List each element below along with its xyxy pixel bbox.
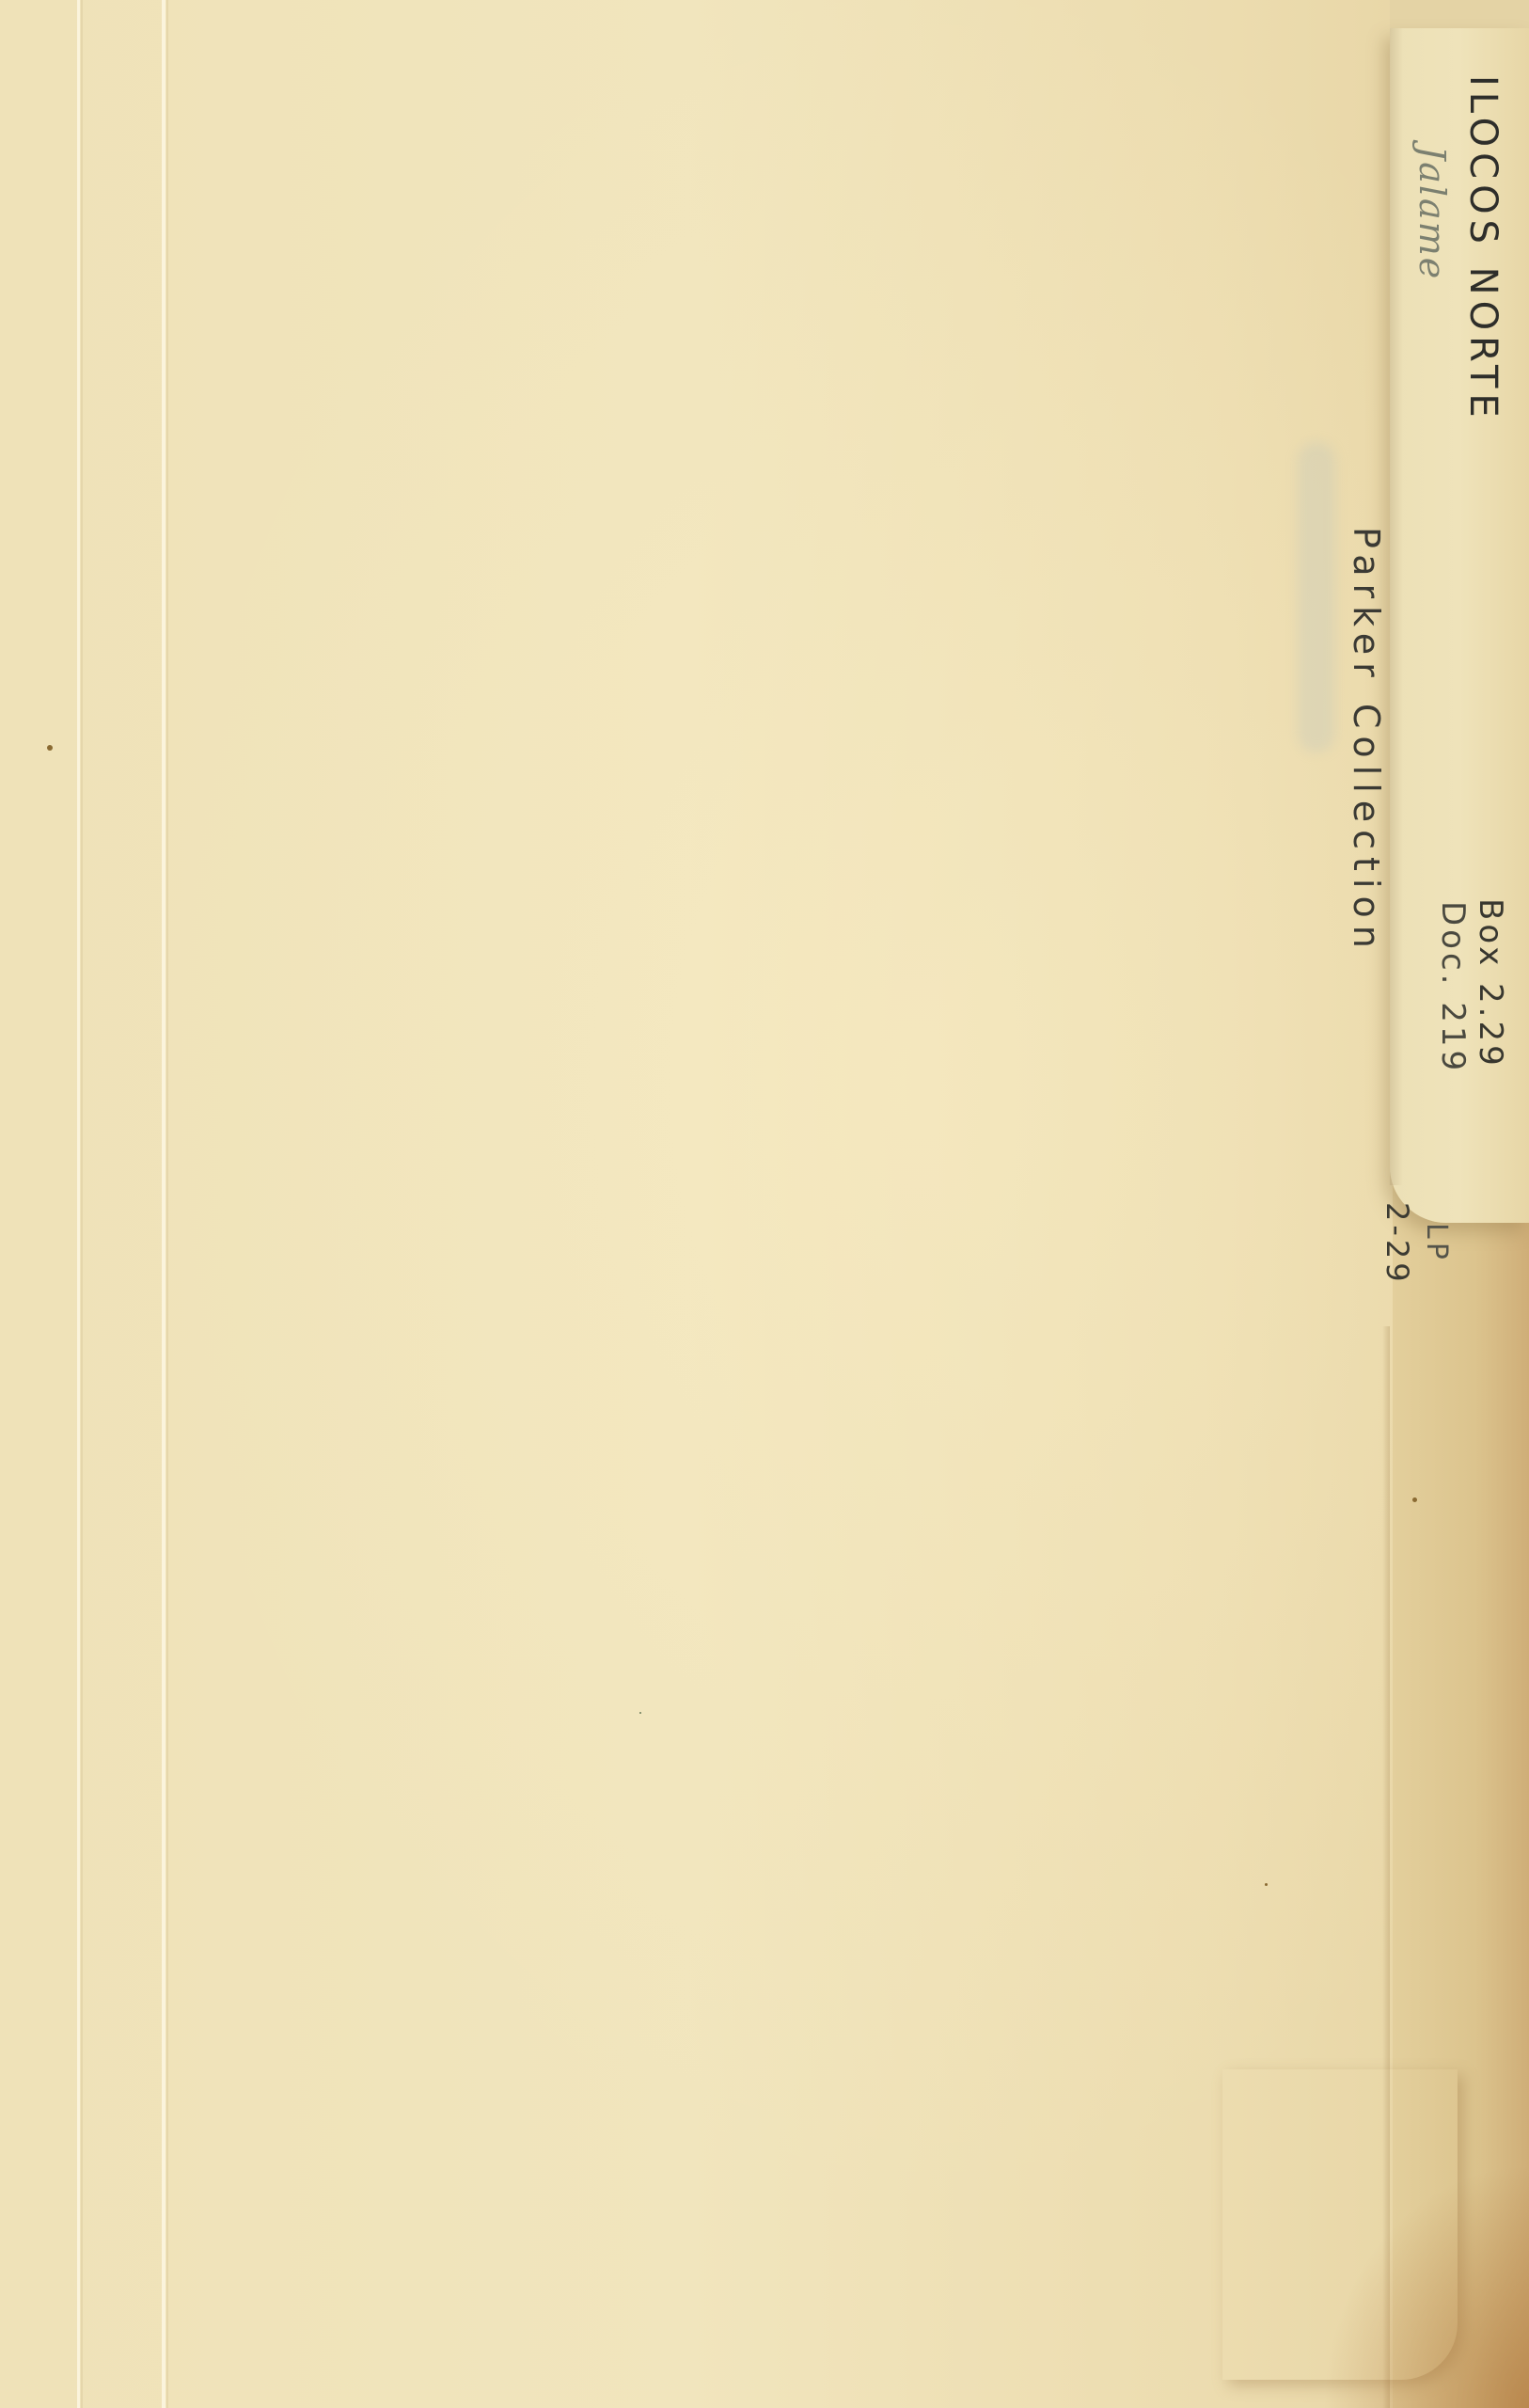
tab-subtitle-label: Jalame [1411,146,1453,280]
paper-speck [1412,1497,1417,1502]
corner-stain [1322,2163,1529,2408]
tab-place-label: ILOCOS NORTE [1461,75,1505,423]
folder-crease-line [77,0,80,2408]
folder-crease-shadow [166,0,168,2408]
folder-front [0,0,1529,2408]
folder-crease-line [162,0,166,2408]
folder-tab-shadow [1390,28,1403,1185]
paper-speck [47,745,53,751]
filing-code-line2: 2-29 [1379,1202,1415,1286]
erased-pencil-smudge [1298,442,1335,752]
collection-label: Parker Collection [1346,527,1387,956]
paper-speck [639,1712,641,1714]
doc-reference: Doc. 219 [1434,901,1472,1074]
box-reference: Box 2.29 [1472,898,1509,1069]
folder-crease-shadow [81,0,83,2408]
folder-tab-top-edge [1390,0,1529,32]
filing-code-line1: LP [1420,1223,1453,1263]
paper-speck [1265,1883,1268,1886]
